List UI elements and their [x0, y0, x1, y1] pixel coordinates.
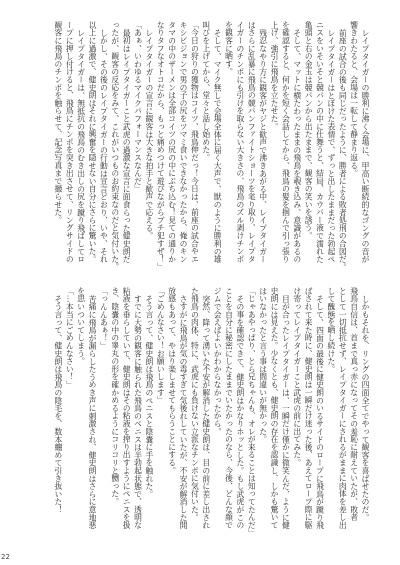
- text-line: 亀頭と右の金玉は競パンから出たままで、観客の笑いを誘う。: [303, 21, 314, 264]
- text-line: 最初はレイプタイガーこと武虎の過激な宣言に面食らった健史朗だ: [121, 21, 132, 264]
- text-line: 粘液を垂らしていて、健史朗はその粘液を搾り出すようにペニスを扱: [121, 287, 132, 530]
- text-line: 叫びを上げてから、堂々と話し始めた。: [200, 21, 211, 264]
- dialogue-line: 「あぁ、いわゆるマイクパフォーマンスなんだ」: [132, 21, 143, 264]
- dialogue-line: 「じゃあやっぱり、とら兄ちゃんも、オレが来ることは知ってたんだ」: [246, 287, 257, 530]
- text-line: を確認すると、何かを短く会話してから、飛鳥の髪を掴んで引っ張り: [280, 21, 291, 264]
- text-line: ばされて来た時に、健史朗は一瞬だけ迷った後、あえてロープ際に駆: [303, 287, 314, 530]
- text-line: け寄ってレイプタイガーこと武虎の前に出てみた。: [291, 287, 302, 530]
- dialogue-line: 「っんんあぁ！」: [98, 287, 109, 530]
- dialogue-line: 「今日の狩りの獲物はコイツ、飛鳥伸だっ！今日は、前座の試合やエ: [189, 21, 200, 264]
- text-line: しかし、その後のレイプタイガーの行動は宣言どおり、いや、それ: [98, 21, 109, 264]
- text-line: して醜態を晒し続けた。: [326, 287, 337, 530]
- dialogue-line: 「…本当にごめんなさい！」: [64, 287, 75, 530]
- text-line: き、陰嚢の中の睾丸の形を確かめるようにコリコリと嬲った。: [109, 287, 120, 530]
- text-line: 飛鳥自信は、首まで真っ赤になってその羞恥に耐えていたが、敗者: [348, 287, 359, 530]
- text-line: さすがに飛鳥が気の毒すぎて気後れしていたが、不安が解消した開: [178, 287, 189, 530]
- text-line: レイプタイガーの勝利に沸く会場に、甲高い断続的なゴングの音が: [360, 21, 371, 264]
- text-line: 放感もあって、やはり楽しませてもらうことにする。: [166, 287, 177, 530]
- text-line: イガーのチンポにも引けを取らない大きさの、飛鳥のズル剥けチンポ: [235, 21, 246, 264]
- text-line: レイプタイガーの宣言に観客は大きな拍手と歓声で応える。: [144, 21, 155, 264]
- text-line: ジムで会えばよいかわからなかったから。: [212, 287, 223, 530]
- text-line: しかもそれを、リングの四面全てでやって観客を喜ばせたのだ。: [360, 287, 371, 530]
- text-line: を観客に晒す。: [223, 21, 234, 264]
- text-line: ことを自分に秘密にしたままでいたかったのなら、今後、どんな顔で: [223, 287, 234, 530]
- text-line: 苦痛に飛鳥が漏らしたうめき声に刺激され、健史朗はさらに意地悪: [87, 287, 98, 530]
- text-line: レイプタイガーはとぼけた表情で、ずっと出したままだった勃起ペ: [326, 21, 337, 264]
- page-number: 22: [1, 553, 10, 561]
- lower-text-block: しかもそれを、リングの四面全てでやって観客を喜ばせたのだ。 飛鳥自信は、首まで真…: [52, 287, 371, 530]
- text-line: 響きわたると、会場は一転して静まり返る。: [348, 21, 359, 264]
- dialogue-line: 「ごめんなさい！お願いします」: [155, 287, 166, 530]
- text-line: ニスをいそいそと競パンの中に仕舞うと、結局、カウパー液で濡れた: [314, 21, 325, 264]
- text-line: 観客に飛鳥のチンポを触らせて、記念写真まで撮らせた。: [53, 21, 64, 264]
- text-line: 以上に過激で、健史朗はそれに興奮を隠せない自分にさらに驚いた。: [87, 21, 98, 264]
- text-line: 史朗には見えた。少なくとも、健史朗の存在を認識し、しかも驚いて: [269, 287, 280, 530]
- dialogue-line: キシビジョンで男の子の尻をツマミ食いできなかったから、俺のキン: [178, 21, 189, 264]
- text-line: そして、四面の最後に健史朗のいるサイドのロープに飛鳥が蹴り飛: [314, 287, 325, 530]
- text-line: そして、マットに横たわったままの飛鳥を覗き込み、意識があるの: [291, 21, 302, 264]
- text-line: その事を確認できて、健史朗はかなりホッとした。もし武虎がこの: [235, 287, 246, 530]
- text-line: を思いついてしまう。: [75, 287, 86, 530]
- text-line: そして、マイク無しで会場全体に届く大声で、獣のように勝利の雄: [212, 21, 223, 264]
- text-line: 前座の試合の後も同じだったように、勝者による敗者処刑の合図だ。: [337, 21, 348, 264]
- text-line: 突然、降って湧いた不安が解消した健史朗は、目の前に差し出され: [200, 287, 211, 530]
- text-line: た飛鳥の肉体、特に、武虎にも負けない立派なチンポに気付いた。: [189, 287, 200, 530]
- text-line: そう言って、健史朗は飛鳥の陰毛を、数本纏めて引き抜いた！: [53, 287, 64, 530]
- dialogue-line: タマの中のザーメンは全部コイツの尻の中にぶち込む！見ての通りか: [166, 21, 177, 264]
- text-line: 残忍なやり方に観客がヤジと歓声で沸きあがる中、レイプタイガー: [257, 21, 268, 264]
- upper-text-block: レイプタイガーの勝利に沸く会場に、甲高い断続的なゴングの音が 響きわたると、会場…: [52, 21, 371, 264]
- text-line: そう言って、健史朗は飛鳥のペニスと陰嚢に手を触れた。: [144, 287, 155, 530]
- text-line: ったが、観客の反応をみて、これがいつものお約束なのだと気付いた。: [109, 21, 120, 264]
- text-line: 目が合ったレイプタイガーは、一瞬だけ僅かに微笑んだ、ように健: [280, 287, 291, 530]
- text-line: はさらに乱暴に飛鳥の競パンファイトショーツを毟り取り、レイプタ: [246, 21, 257, 264]
- dialogue-line: なりタフなオトコだから、もっと痛めつけて遊びながらブチ犯すぜ！」: [155, 21, 166, 264]
- text-line: レイプタイガーは、無抵抗の飛鳥のむき出しの尻を蹴り飛ばしてロ: [75, 21, 86, 264]
- text-line: ープに押し付けると、飛鳥にチンポを突き出させて、リングサイドの: [64, 21, 75, 264]
- text-line: として一切抵抗せず、レイプタイガーにされるがままに肉体を差し出: [337, 287, 348, 530]
- text-line: すでに大勢の観客に触られた飛鳥のペニスは半勃起状態で、透明な: [132, 287, 143, 530]
- text-line: 上げ、強引に飛鳥を立たせた。: [269, 21, 280, 264]
- text-line: はいなかったと言う事は間違いが無かった。: [257, 287, 268, 530]
